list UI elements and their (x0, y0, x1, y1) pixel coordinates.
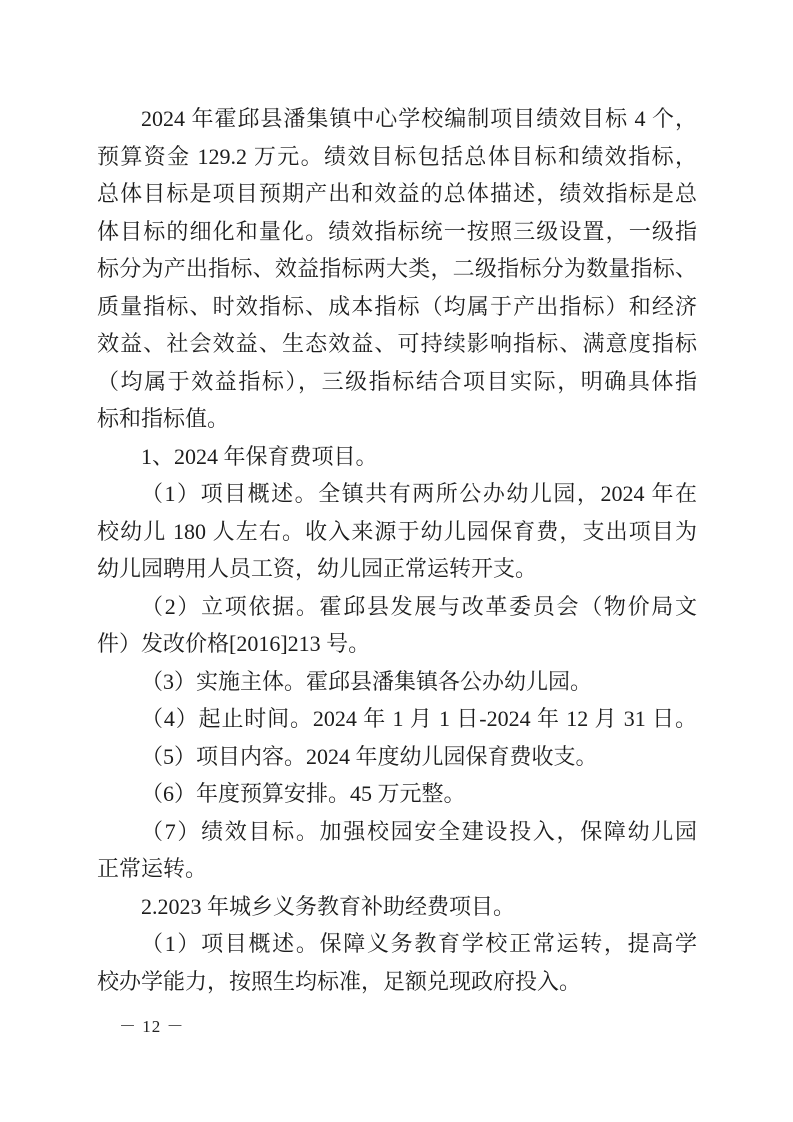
text-line: 1、2024 年保育费项目。 (97, 438, 697, 476)
text-line: 预算资金 129.2 万元。绩效目标包括总体目标和绩效指标， (97, 138, 697, 176)
text-line: 校办学能力，按照生均标准，足额兑现政府投入。 (97, 963, 697, 1001)
text-line: 总体目标是项目预期产出和效益的总体描述，绩效指标是总 (97, 175, 697, 213)
text-line: 效益、社会效益、生态效益、可持续影响指标、满意度指标 (97, 325, 697, 363)
text-line: 质量指标、时效指标、成本指标（均属于产出指标）和经济 (97, 288, 697, 326)
text-line: 2024 年霍邱县潘集镇中心学校编制项目绩效目标 4 个， (97, 100, 697, 138)
text-line: 标分为产出指标、效益指标两大类，二级指标分为数量指标、 (97, 250, 697, 288)
text-line: 2.2023 年城乡义务教育补助经费项目。 (97, 888, 697, 926)
text-line: 体目标的细化和量化。绩效指标统一按照三级设置，一级指 (97, 213, 697, 251)
text-line: 正常运转。 (97, 850, 697, 888)
text-line: 标和指标值。 (97, 400, 697, 438)
text-line: （均属于效益指标），三级指标结合项目实际，明确具体指 (97, 363, 697, 401)
page-number: － 12 － (119, 1014, 185, 1040)
text-line: 件）发改价格[2016]213 号。 (97, 625, 697, 663)
text-line: （1）项目概述。全镇共有两所公办幼儿园，2024 年在 (97, 475, 697, 513)
text-line: （5）项目内容。2024 年度幼儿园保育费收支。 (97, 738, 697, 776)
text-line: 校幼儿 180 人左右。收入来源于幼儿园保育费，支出项目为 (97, 513, 697, 551)
text-line: （4）起止时间。2024 年 1 月 1 日-2024 年 12 月 31 日。 (97, 700, 697, 738)
document-body: 2024 年霍邱县潘集镇中心学校编制项目绩效目标 4 个，预算资金 129.2 … (97, 100, 697, 1000)
text-line: 幼儿园聘用人员工资，幼儿园正常运转开支。 (97, 550, 697, 588)
text-line: （3）实施主体。霍邱县潘集镇各公办幼儿园。 (97, 663, 697, 701)
document-page: 2024 年霍邱县潘集镇中心学校编制项目绩效目标 4 个，预算资金 129.2 … (0, 0, 793, 1122)
text-line: （6）年度预算安排。45 万元整。 (97, 775, 697, 813)
text-line: （1）项目概述。保障义务教育学校正常运转，提高学 (97, 925, 697, 963)
text-line: （7）绩效目标。加强校园安全建设投入，保障幼儿园 (97, 813, 697, 851)
text-line: （2）立项依据。霍邱县发展与改革委员会（物价局文 (97, 588, 697, 626)
